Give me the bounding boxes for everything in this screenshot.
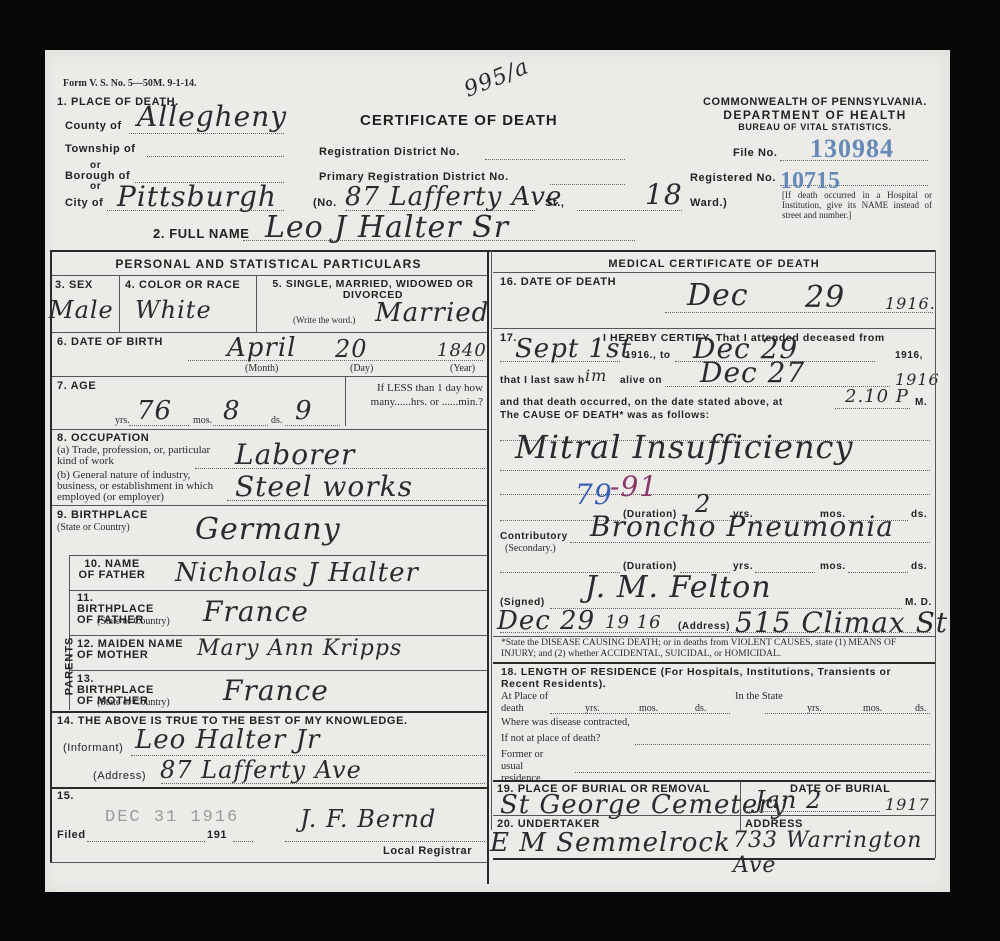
city-label: City of	[65, 197, 103, 209]
ward-value: 18	[645, 178, 683, 211]
informant-label: (Informant)	[63, 742, 123, 754]
father-name-label: 10. NAME OF FATHER	[77, 559, 147, 581]
dob-month-caption: (Month)	[245, 363, 278, 374]
attended-from-year: 1916.,	[625, 350, 656, 361]
occupation-label: 8. OCCUPATION	[57, 432, 149, 444]
cause-footnote: *State the DISEASE CAUSING DEATH; or in …	[501, 638, 931, 660]
less-than-day-note: If LESS than 1 day how many......hrs. or…	[353, 381, 483, 409]
duration-ds-caption-1: ds.	[911, 509, 927, 520]
duration-ds-caption-2: ds.	[911, 561, 927, 572]
full-name-value: Leo J Halter Sr	[265, 210, 509, 245]
informant-address-label: (Address)	[93, 770, 146, 782]
birthplace-label: 9. BIRTHPLACE	[57, 509, 148, 521]
informant-address-value: 87 Lafferty Ave	[160, 756, 362, 784]
mother-birthplace-value: France	[223, 674, 329, 707]
filed-date-stamp: DEC 31 1916	[105, 808, 239, 827]
dob-year: 1840	[437, 340, 487, 361]
medical-header: MEDICAL CERTIFICATE OF DEATH	[493, 258, 935, 270]
birthplace-caption: (State or Country)	[57, 522, 130, 533]
county-value: Allegheny	[137, 100, 287, 133]
am-pm-label: M.	[915, 397, 927, 408]
alive-on-label: alive on	[620, 375, 662, 386]
form-number: Form V. S. No. 5—50M. 9-1-14.	[63, 78, 197, 89]
state-yrs-caption: yrs.	[807, 703, 822, 714]
physician-signature: J. M. Felton	[585, 570, 772, 605]
mother-name-value: Mary Ann Kripps	[197, 636, 402, 661]
township-label: Township of	[65, 143, 136, 155]
secondary-label: (Secondary.)	[505, 543, 556, 554]
mother-name-label: 12. MAIDEN NAME OF MOTHER	[77, 639, 187, 661]
occupation-a-label: (a) Trade, profession, or, particular ki…	[57, 445, 227, 467]
marital-hint: (Write the word.)	[293, 315, 355, 325]
at-place-label: At Place of death	[501, 691, 571, 715]
dob-month: April	[227, 333, 296, 363]
file-no-label: File No.	[733, 147, 778, 159]
father-birthplace-caption: (State or Country)	[97, 616, 170, 627]
date-of-death-month: Dec	[687, 278, 749, 313]
dob-day: 20	[335, 335, 368, 363]
informant-value: Leo Halter Jr	[135, 725, 320, 755]
authority-line1: COMMONWEALTH OF PENNSYLVANIA.	[685, 96, 945, 108]
physician-address-label: (Address)	[678, 621, 730, 632]
city-or: or	[90, 181, 101, 192]
cause-of-death-value: Mitral Insufficiency	[515, 428, 854, 466]
signature-year: 19 16	[605, 612, 662, 633]
age-days: 9	[295, 396, 313, 426]
full-name-label: 2. FULL NAME	[153, 226, 250, 241]
undertaker-address-value: 733 Warrington Ave	[733, 828, 950, 878]
cause-code-red: -91	[610, 470, 658, 503]
registrar-signature: J. F. Bernd	[300, 805, 436, 833]
attended-to-label: to	[660, 350, 671, 361]
age-ds-caption: ds.	[271, 415, 282, 426]
filed-label: Filed	[57, 829, 86, 841]
dob-year-caption: (Year)	[450, 363, 475, 374]
last-saw-pronoun: im	[585, 366, 607, 385]
filed-section-number: 15.	[57, 790, 74, 802]
street-no-label: (No.	[313, 197, 337, 209]
ward-label: Ward.)	[690, 197, 727, 209]
place-yrs-caption: yrs.	[585, 703, 600, 714]
marital-value: Married	[375, 298, 489, 328]
undertaker-value: E M Semmelrock	[490, 828, 731, 858]
cause-of-death-label: The CAUSE OF DEATH* was as follows:	[500, 410, 710, 421]
mother-birthplace-caption: (State or Country)	[97, 697, 170, 708]
in-state-label: In the State	[735, 691, 785, 703]
father-name-value: Nicholas J Halter	[175, 558, 419, 588]
attended-from: Sept 1st	[515, 334, 632, 364]
death-occurred-text: and that death occurred, on the date sta…	[500, 397, 783, 408]
last-saw-label: that I last saw h	[500, 375, 585, 386]
parents-side-label: PARENTS	[63, 637, 75, 696]
race-value: White	[135, 296, 212, 324]
burial-year-value: 1917	[885, 795, 930, 814]
state-ds-caption: ds.	[915, 703, 926, 714]
dob-label: 6. DATE OF BIRTH	[57, 336, 163, 348]
age-mos-caption: mos.	[193, 415, 212, 426]
county-label: County of	[65, 120, 122, 132]
if-not-place-label: If not at place of death?	[501, 733, 600, 744]
date-of-death-label: 16. DATE OF DEATH	[500, 276, 616, 288]
certificate-title: CERTIFICATE OF DEATH	[360, 112, 558, 129]
place-mos-caption: mos.	[639, 703, 658, 714]
hospital-note: [If death occurred in a Hospital or Inst…	[782, 190, 932, 220]
contributory-value: Broncho Pneumonia	[590, 510, 894, 543]
occupation-b-value: Steel works	[235, 470, 413, 503]
dob-day-caption: (Day)	[350, 363, 373, 374]
state-mos-caption: mos.	[863, 703, 882, 714]
residence-label: 18. LENGTH OF RESIDENCE (For Hospitals, …	[501, 666, 931, 690]
cause-code-blue: 79	[575, 478, 613, 511]
physician-address-value: 515 Climax St	[735, 606, 948, 639]
personal-header: PERSONAL AND STATISTICAL PARTICULARS	[50, 257, 487, 271]
birthplace-value: Germany	[195, 512, 341, 547]
place-ds-caption: ds.	[695, 703, 706, 714]
duration-mos-caption-2: mos.	[820, 561, 846, 572]
burial-date-value: Jan 2	[755, 786, 822, 814]
date-of-death-year: 1916.	[885, 294, 936, 313]
age-yrs-caption: yrs.	[115, 415, 130, 426]
contributory-label: Contributory	[500, 531, 568, 542]
age-years: 76	[137, 396, 172, 426]
race-label: 4. COLOR OR RACE	[125, 279, 240, 291]
last-saw-date: Dec 27	[700, 356, 805, 389]
local-registrar-label: Local Registrar	[383, 845, 472, 857]
age-label: 7. AGE	[57, 380, 96, 392]
file-no: 130984	[810, 134, 894, 164]
street-value: 87 Lafferty Ave	[345, 182, 562, 212]
date-of-death-day: 29	[805, 280, 845, 315]
authority-line2: DEPARTMENT OF HEALTH	[685, 108, 945, 122]
attended-to-year: 1916,	[895, 350, 923, 361]
street-st-label: St.,	[545, 197, 565, 209]
age-months: 8	[223, 396, 241, 426]
sex-label: 3. SEX	[55, 279, 93, 291]
where-contracted-label: Where was disease contracted,	[501, 717, 630, 728]
signature-date: Dec 29	[497, 606, 595, 636]
city-value: Pittsburgh	[117, 180, 277, 213]
occupation-b-label: (b) General nature of industry, business…	[57, 470, 227, 503]
sex-value: Male	[49, 296, 114, 324]
reg-district-label: Registration District No.	[319, 146, 460, 158]
death-certificate-page: Form V. S. No. 5—50M. 9-1-14. 995/a CERT…	[45, 50, 950, 892]
time-of-death: 2.10 P	[845, 386, 909, 407]
father-birthplace-value: France	[203, 595, 309, 628]
annotation-top: 995/a	[461, 54, 533, 102]
registered-no-label: Registered No.	[690, 172, 776, 184]
filed-year-prefix: 191	[207, 829, 227, 841]
authority-line3: BUREAU OF VITAL STATISTICS.	[685, 122, 945, 132]
occupation-a-value: Laborer	[235, 438, 355, 471]
